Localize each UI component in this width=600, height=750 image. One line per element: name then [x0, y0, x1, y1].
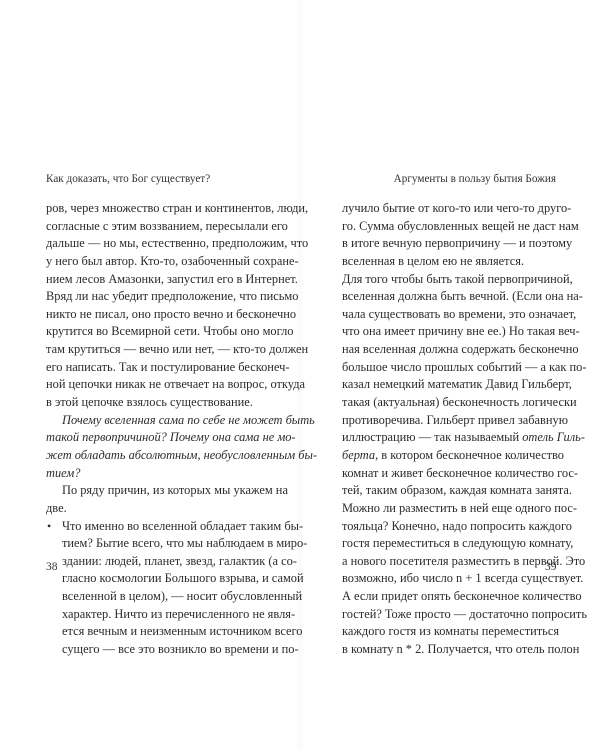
text-line: Вряд ли нас убедит предположение, что пи… — [46, 288, 283, 306]
text-line: крутится во Всемирной сети. Чтобы оно мо… — [46, 323, 283, 341]
text-line: лучило бытие от кого-то или чего-то друг… — [342, 200, 556, 218]
text-line: ров, через множество стран и континентов… — [46, 200, 283, 218]
text-line: гостя переместиться в следующую комнату, — [342, 535, 556, 553]
text-line: казал немецкий математик Давид Гильберт, — [342, 376, 556, 394]
page-number-left: 38 — [46, 560, 58, 574]
text-line: го. Сумма обусловленных вещей не даст на… — [342, 218, 556, 236]
text-line: ная вселенная должна содержать бесконечн… — [342, 341, 556, 359]
text-line: согласные с этим воззванием, пересылали … — [46, 218, 283, 236]
text-line: дальше — но мы, естественно, предположим… — [46, 235, 283, 253]
text-line: комнат и живет бесконечное количество го… — [342, 465, 556, 483]
text-line: такая (актуальная) бесконечность логичес… — [342, 394, 556, 412]
running-head-left: Как доказать, что Бог существует? — [46, 172, 210, 186]
text-line: в этой цепочке взялось существование. — [46, 394, 283, 412]
text-line: нием лесов Амазонки, запустил его в Инте… — [46, 271, 283, 289]
text-line: у него был автор. Кто-то, озабоченный со… — [46, 253, 283, 271]
text-line: чала существовать во времени, это означа… — [342, 306, 556, 324]
text-line: Для того чтобы быть такой первопричиной, — [342, 271, 556, 289]
text-line: а нового посетителя разместить в первой.… — [342, 553, 556, 571]
italic-question-line: Почему вселенная сама по себе не может б… — [46, 412, 283, 430]
text-line: вселенная должна быть вечной. (Если она … — [342, 288, 556, 306]
text-line: ется вечным и неизменным источником всег… — [46, 623, 283, 641]
text-line: А если придет опять бесконечное количест… — [342, 588, 556, 606]
text-line: в итоге вечную первопричину — и поэтому — [342, 235, 556, 253]
page-number-right: 39 — [545, 560, 557, 574]
text-line: большое число прошлых событий — а как по… — [342, 359, 556, 377]
text-segment: , в котором бесконечное количество — [375, 448, 564, 462]
text-segment: иллюстрацию — так называемый — [342, 430, 522, 444]
text-line: две. — [46, 500, 283, 518]
text-line: вселенная в целом ею не является. — [342, 253, 556, 271]
right-page: Аргументы в пользу бытия Божия лучило бы… — [300, 0, 600, 750]
text-line: никто не писал, оно просто вечно и беско… — [46, 306, 283, 324]
bullet-item-text: Что именно во вселенной обладает таким б… — [62, 519, 303, 533]
text-line: здании: людей, планет, звезд, галактик (… — [46, 553, 283, 571]
text-line: противоречива. Гильберт привел забавную — [342, 412, 556, 430]
text-line: вселенной в целом), — носит обусловленны… — [46, 588, 283, 606]
text-line: там крутиться — вечно или нет, — кто-то … — [46, 341, 283, 359]
text-line: иллюстрацию — так называемый отель Гиль- — [342, 429, 556, 447]
text-line: ной цепочки никак не отвечает на вопрос,… — [46, 376, 283, 394]
text-line: возможно, ибо число n + 1 всегда существ… — [342, 570, 556, 588]
book-spread: Как доказать, что Бог существует? ров, ч… — [0, 0, 600, 750]
bullet-icon: • — [47, 518, 51, 536]
text-line: в комнату n * 2. Получается, что отель п… — [342, 641, 556, 659]
left-page: Как доказать, что Бог существует? ров, ч… — [0, 0, 300, 750]
text-line: По ряду причин, из которых мы укажем на — [46, 482, 283, 500]
italic-term: отель Гиль- — [522, 430, 585, 444]
text-line: его написать. Так и постулирование беско… — [46, 359, 283, 377]
text-line: тей, таким образом, каждая комната занят… — [342, 482, 556, 500]
italic-question-line: жет обладать абсолютным, необусловленным… — [46, 447, 283, 465]
text-line: Можно ли разместить в ней еще одного пос… — [342, 500, 556, 518]
bullet-item-line: •Что именно во вселенной обладает таким … — [46, 518, 283, 536]
text-line: каждого гостя из комнаты переместиться — [342, 623, 556, 641]
italic-term: берта — [342, 448, 375, 462]
text-line: сущего — все это возникло во времени и п… — [46, 641, 283, 659]
right-page-body: лучило бытие от кого-то или чего-то друг… — [342, 200, 556, 659]
italic-question-line: тием? — [46, 465, 283, 483]
text-line: характер. Ничто из перечисленного не явл… — [46, 606, 283, 624]
text-line: что она имеет причину вне ее.) Но такая … — [342, 323, 556, 341]
left-page-body: ров, через множество стран и континентов… — [46, 200, 283, 659]
italic-question-line: такой первопричиной? Почему она сама не … — [46, 429, 283, 447]
text-line: гласно космологии Большого взрыва, и сам… — [46, 570, 283, 588]
text-line: тояльца? Конечно, надо попросить каждого — [342, 518, 556, 536]
text-line: берта, в котором бесконечное количество — [342, 447, 556, 465]
running-head-right: Аргументы в пользу бытия Божия — [394, 172, 556, 186]
text-line: гостей? Тоже просто — достаточно попроси… — [342, 606, 556, 624]
text-line: тием? Бытие всего, что мы наблюдаем в ми… — [46, 535, 283, 553]
